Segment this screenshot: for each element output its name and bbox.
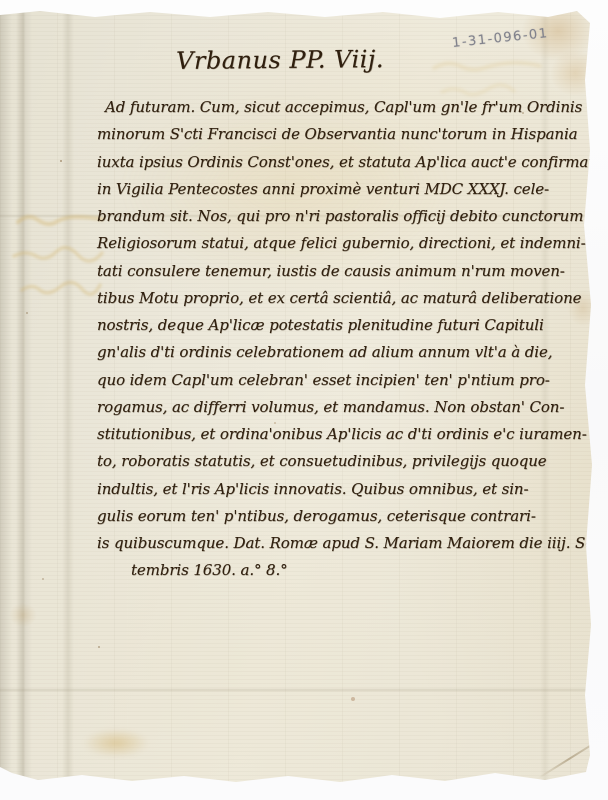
left-edge-shadow [0, 10, 12, 784]
text-line: tembris 1630. a.° 8.° [97, 557, 567, 584]
text-line: rogamus, ac differri volumus, et mandamu… [97, 394, 567, 421]
document-title: Vrbanus PP. Viij. [170, 45, 390, 75]
text-line: Ad futuram. Cum, sicut accepimus, Capl'u… [97, 94, 567, 121]
scanned-manuscript: 1-31-096-01 Vrbanus PP. Viij. Ad futuram… [0, 0, 608, 800]
text-line: iuxta ipsius Ordinis Const'ones, et stat… [97, 149, 567, 176]
text-line: gulis eorum ten' p'ntibus, derogamus, ce… [97, 503, 567, 530]
text-line: in Vigilia Pentecostes anni proximè vent… [97, 176, 567, 203]
text-line: brandum sit. Nos, qui pro n'ri pastorali… [97, 203, 567, 230]
text-line: stitutionibus, et ordina'onibus Ap'licis… [97, 421, 567, 448]
ink-bleed-through [10, 202, 110, 312]
paper-stain [8, 602, 38, 628]
manuscript-page: 1-31-096-01 Vrbanus PP. Viij. Ad futuram… [0, 10, 592, 784]
horizontal-fold-crease [0, 688, 592, 692]
text-line: nostris, deque Ap'licæ potestatis plenit… [97, 312, 567, 339]
vertical-fold-crease [62, 10, 74, 784]
paper-stain [82, 728, 150, 758]
paper-stain [548, 48, 602, 98]
text-line: gn'alis d'ti ordinis celebrationem ad al… [97, 339, 567, 366]
manuscript-body: Ad futuram. Cum, sicut accepimus, Capl'u… [97, 94, 567, 585]
text-line: indultis, et l'ris Ap'licis innovatis. Q… [97, 476, 567, 503]
text-line: to, roboratis statutis, et consuetudinib… [97, 448, 567, 475]
text-line: minorum S'cti Francisci de Observantia n… [97, 121, 567, 148]
text-line: tibus Motu proprio, et ex certâ scientiâ… [97, 285, 567, 312]
archival-reference-number: 1-31-096-01 [451, 26, 549, 51]
vertical-fold-crease [16, 10, 32, 784]
text-line: Religiosorum statui, atque felici gubern… [97, 230, 567, 257]
text-line: is quibuscumque. Dat. Romæ apud S. Maria… [97, 530, 567, 557]
text-line: quo idem Capl'um celebran' esset incipie… [97, 367, 567, 394]
corner-fold-line [538, 739, 600, 779]
text-line: tati consulere tenemur, iustis de causis… [97, 258, 567, 285]
paper-specks [60, 160, 62, 162]
